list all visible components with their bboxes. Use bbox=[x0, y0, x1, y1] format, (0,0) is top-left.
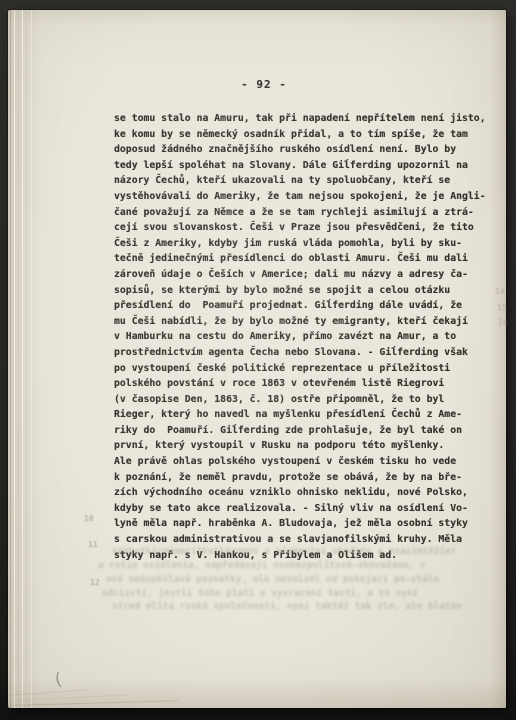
text-line: v Hamburku na cestu do Ameriky, přímo za… bbox=[114, 329, 502, 345]
page-edge-line bbox=[22, 10, 23, 708]
text-line: kdyby se tato akce realizovala. - Silný … bbox=[114, 501, 502, 517]
text-line: po vystoupení české politické reprezenta… bbox=[114, 361, 502, 377]
page-edge-line bbox=[31, 10, 32, 708]
page-edge-line bbox=[18, 10, 19, 708]
text-line: sopisů, se kterými by bylo možné se spoj… bbox=[114, 283, 502, 299]
bleedthrough-line: ové neúspěšlavá poznatky, ale nezmizel o… bbox=[106, 574, 439, 585]
photo-background: - 92 - se tomu stalo na Amuru, tak při n… bbox=[0, 0, 516, 720]
margin-line-number: 11 bbox=[88, 540, 98, 549]
text-line: tedy lepší spoléhat na Slovany. Dále Giĺ… bbox=[114, 158, 502, 174]
text-line: doposud žádného značnějšího ruského osíd… bbox=[114, 142, 502, 158]
margin-line-number: 15 bbox=[497, 303, 507, 312]
text-line: Rieger, který ho navedl na myšlenku přes… bbox=[114, 407, 502, 423]
margin-line-number: 14 bbox=[495, 287, 505, 296]
text-line: vystěhovávali do Ameriky, že tam nejsou … bbox=[114, 189, 502, 205]
text-line: Ale právě ohlas polského vystoupení v če… bbox=[114, 454, 502, 470]
pencil-mark: ( bbox=[51, 669, 65, 690]
bleedthrough-line: a ruším osídlenía, napředávají osobezpol… bbox=[98, 560, 425, 571]
text-line: prostřednictvím agenta Čecha nebo Slovan… bbox=[114, 345, 502, 361]
text-line: riky do Poamuří. Giĺferding zde prohlašu… bbox=[114, 423, 502, 439]
text-line: tečně jedinečnými přesídlenci do oblasti… bbox=[114, 251, 502, 267]
margin-line-number: 16 bbox=[498, 318, 508, 327]
page-edge-line bbox=[8, 700, 178, 706]
text-line: polského povstání v roce 1863 v otevřené… bbox=[114, 376, 502, 392]
body-text: se tomu stalo na Amuru, tak při napadení… bbox=[114, 111, 502, 563]
text-line: přesídlení do Poamuří projednat. Giĺferd… bbox=[114, 298, 502, 314]
page-edge-line bbox=[14, 10, 15, 708]
text-line: (v časopise Den, 1863, č. 18) ostře přip… bbox=[114, 392, 502, 408]
scanned-page: - 92 - se tomu stalo na Amuru, tak při n… bbox=[8, 10, 506, 708]
margin-line-number: 12 bbox=[90, 578, 100, 587]
bleedthrough-line: samhytkirnámecítketkáznpos v níementní o… bbox=[112, 546, 456, 557]
text-line: k poznání, že neměl pravdu, protože se o… bbox=[114, 470, 502, 486]
page-edge-line bbox=[26, 10, 27, 708]
text-line: ke komu by se německý osadník přidal, a … bbox=[114, 127, 502, 143]
margin-line-number: 10 bbox=[84, 514, 94, 523]
text-line: názory Čechů, kteří ukazovali na ty spol… bbox=[114, 173, 502, 189]
text-line: první, který vystoupil v Rusku na podpor… bbox=[114, 438, 502, 454]
text-line: Češi z Ameriky, kdyby jim ruská vláda po… bbox=[114, 236, 502, 252]
page-edge-line bbox=[10, 10, 11, 708]
page-number: - 92 - bbox=[8, 78, 506, 91]
text-line: cejí svou slovanskost. Češi v Praze jsou… bbox=[114, 220, 502, 236]
bleedthrough-line: odcizctí, jestli toho platí o vyvracení … bbox=[102, 588, 418, 599]
text-line: zích východního oceánu vzniklo ohnisko n… bbox=[114, 485, 502, 501]
text-line: zároveň údaje o Češích v Americe; dali m… bbox=[114, 267, 502, 283]
bleedthrough-line: stred elita ruské společnosti, nyní takt… bbox=[112, 601, 462, 612]
page-edge-line bbox=[8, 689, 88, 696]
text-line: se tomu stalo na Amuru, tak při napadení… bbox=[114, 111, 502, 127]
text-line: čané považují za Němce a že se tam rychl… bbox=[114, 205, 502, 221]
text-line: mu Češi nabídli, že by bylo možné ty emi… bbox=[114, 314, 502, 330]
text-line: lyně měla např. hraběnka A. Bludovaja, j… bbox=[114, 516, 502, 532]
